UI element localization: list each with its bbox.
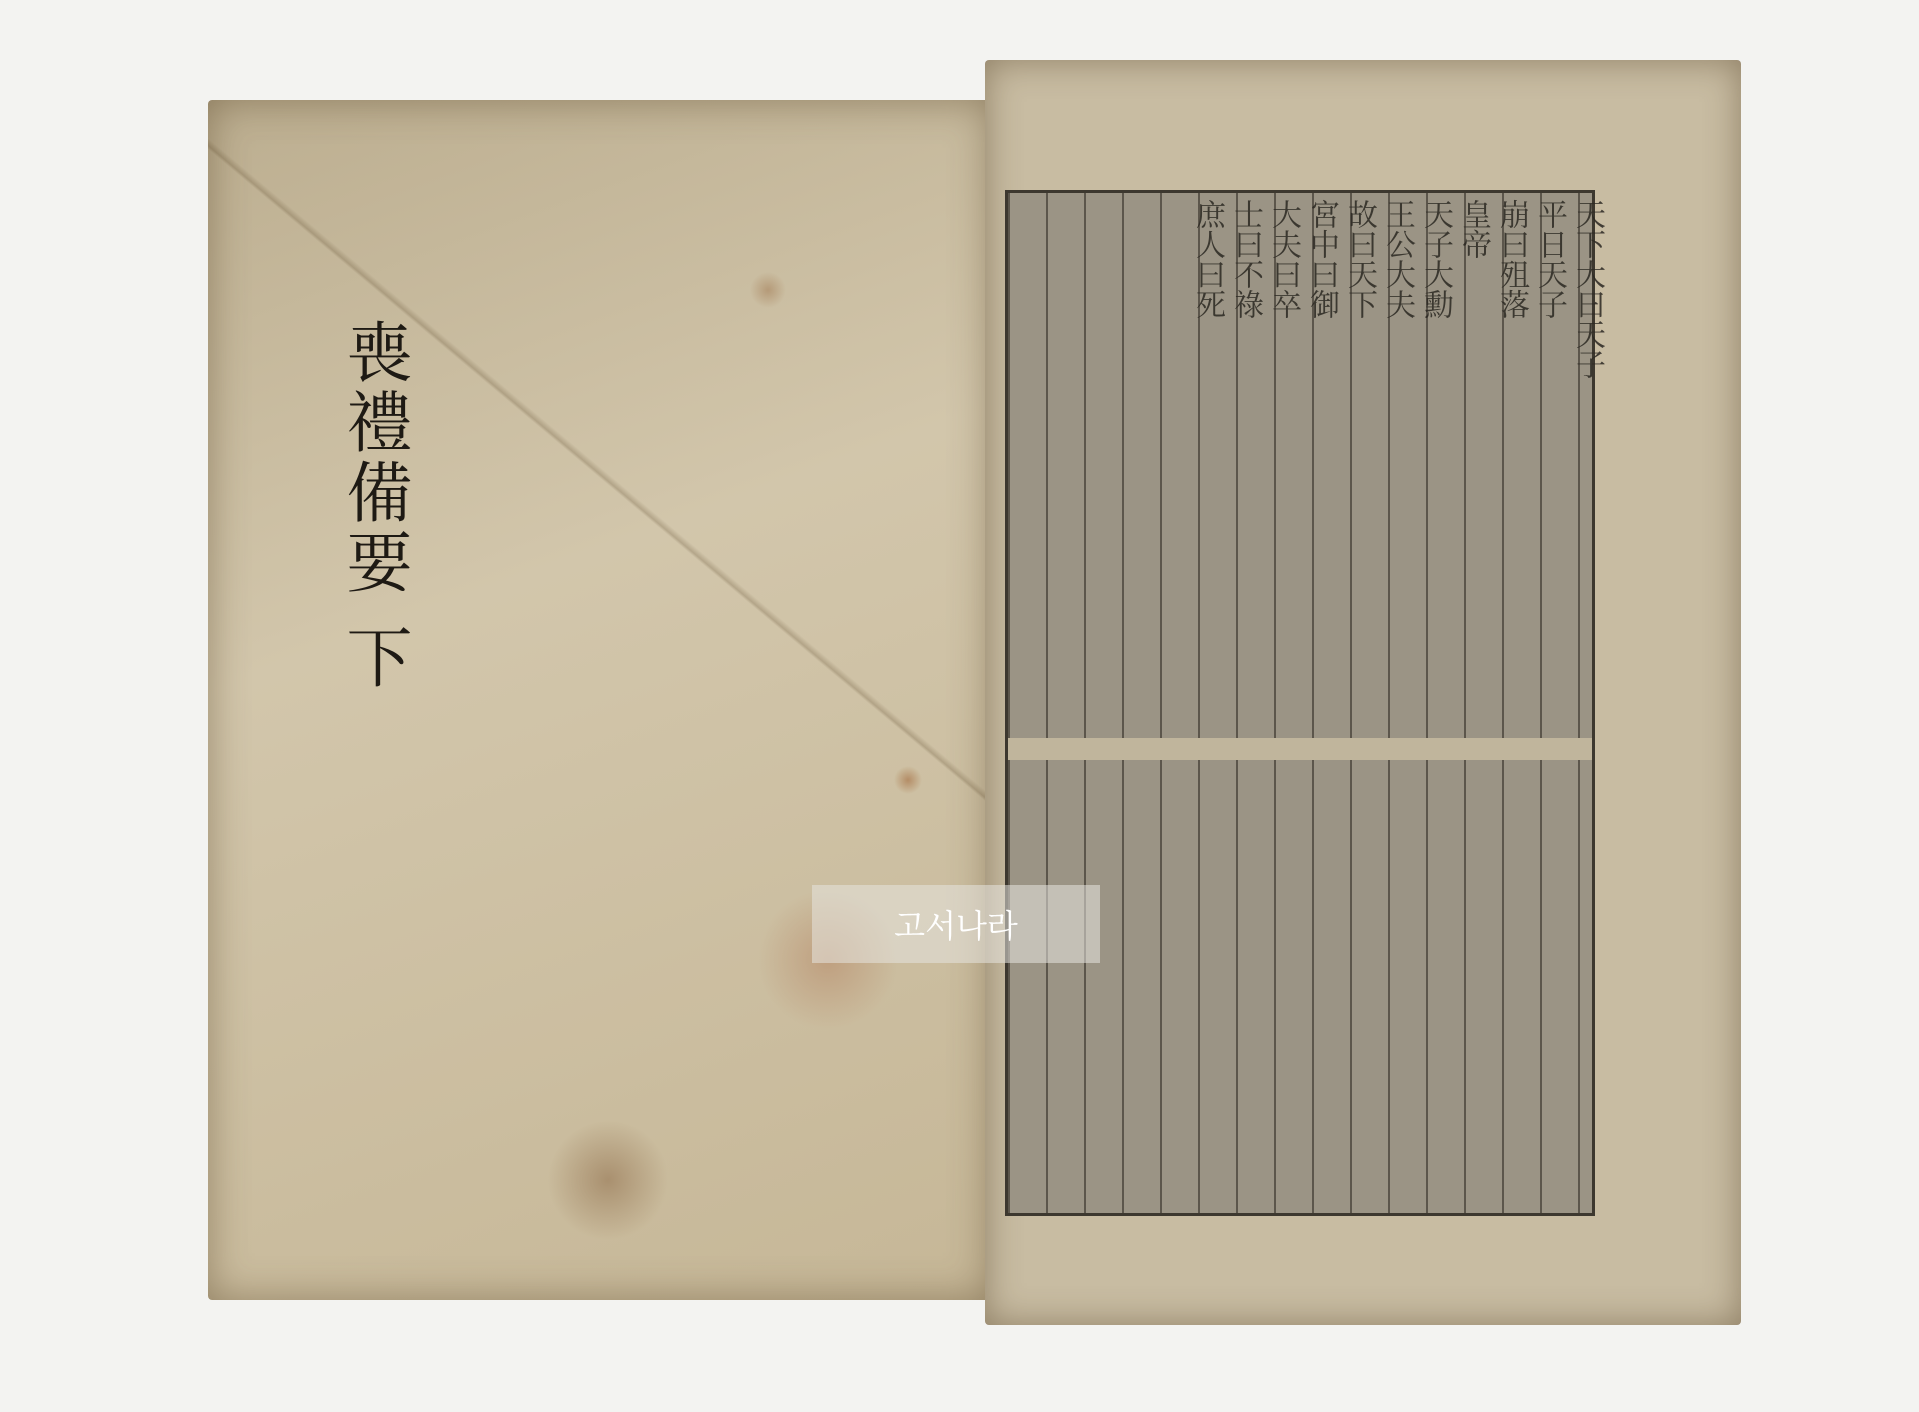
text-column: 宮中曰御 (1302, 199, 1340, 319)
text-column: 大夫曰卒 (1264, 199, 1302, 319)
woodblock-print-area: 天下大曰天子 平日天子 崩曰殂落 皇帝 天子大勳 王公大夫 故曰天下 宮中曰御 … (1005, 190, 1595, 1216)
watermark: 고서나라 (812, 885, 1100, 963)
text-column: 王公大夫 (1378, 199, 1416, 319)
print-fold-band (1008, 738, 1592, 760)
text-column: 天下大曰天子 (1568, 199, 1606, 379)
text-column: 庶人曰死 (1188, 199, 1226, 319)
text-column: 故曰天下 (1340, 199, 1378, 319)
text-column: 平日天子 (1530, 199, 1568, 319)
text-column: 天子大勳 (1416, 199, 1454, 319)
text-column: 崩曰殂落 (1492, 199, 1530, 319)
text-column: 士曰不祿 (1226, 199, 1264, 319)
book-cover-page: 喪禮備要 下 (208, 100, 990, 1300)
text-column: 皇帝 (1454, 199, 1492, 259)
watermark-text: 고서나라 (894, 901, 1018, 947)
cover-fold-line (208, 100, 990, 1300)
printed-text-page: 天下大曰天子 平日天子 崩曰殂落 皇帝 天子大勳 王公大夫 故曰天下 宮中曰御 … (985, 60, 1741, 1325)
cover-title-calligraphy: 喪禮備要 下 (326, 318, 421, 693)
